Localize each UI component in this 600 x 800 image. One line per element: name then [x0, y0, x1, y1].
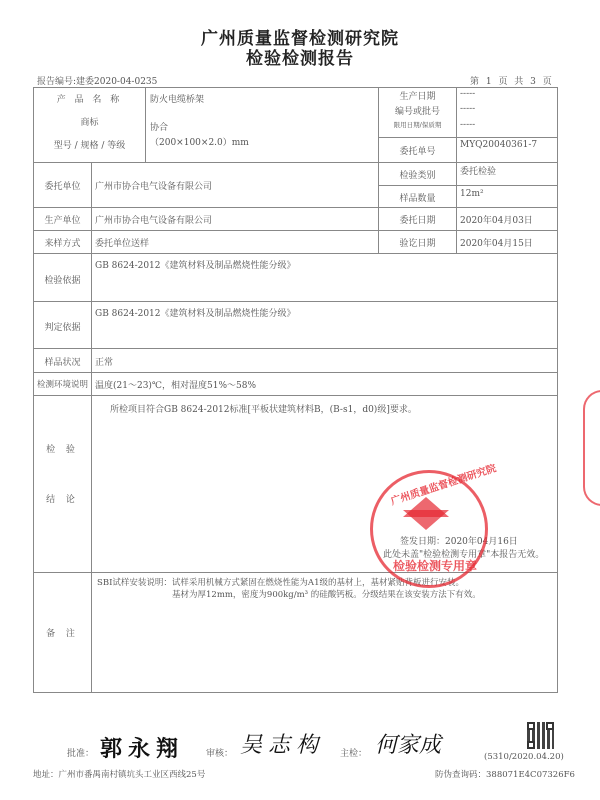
- client-label: 委托单位: [34, 179, 91, 192]
- sampling-method-value: 委托单位送样: [95, 236, 149, 249]
- report-number: 报告编号:建委2020-04-0235: [37, 74, 157, 87]
- conclusion-label-1: 检 验: [34, 442, 91, 455]
- environment-label: 检测环境说明: [34, 378, 91, 390]
- approve-label: 批准：: [67, 746, 94, 759]
- review-label: 审核：: [206, 746, 233, 759]
- conclusion-text: 所检项目符合GB 8624-2012标准[平板状建筑材料B，(B-s1，d0)级…: [110, 402, 417, 415]
- order-number-value: MYQ20040361-7: [460, 140, 537, 150]
- product-name-value: 防火电缆桥架: [150, 92, 204, 105]
- sample-quantity-value: 12m²: [460, 189, 484, 199]
- review-signature: 吴志构: [240, 728, 324, 759]
- inspection-type-label: 检验类别: [379, 168, 456, 181]
- model-label: 型号 / 规格 / 等级: [34, 138, 145, 151]
- test-basis-value: GB 8624-2012《建筑材料及制品燃烧性能分级》: [95, 258, 296, 271]
- order-date-label: 委托日期: [379, 213, 456, 226]
- completion-date-label: 验讫日期: [379, 236, 456, 249]
- judgment-basis-value: GB 8624-2012《建筑材料及制品燃烧性能分级》: [95, 306, 296, 319]
- order-number-label: 委托单号: [379, 144, 456, 157]
- client-value: 广州市协合电气设备有限公司: [95, 179, 212, 192]
- batch-number-value: -----: [460, 104, 475, 114]
- approve-signature: 郭永翔: [100, 732, 184, 763]
- address: 地址：广州市番禺南村镇坑头工业区西线25号: [33, 768, 205, 780]
- code-version: (5310/2020.04.20): [484, 752, 564, 762]
- inspector-signature: 何家成: [375, 728, 441, 759]
- sample-condition-label: 样品状况: [34, 355, 91, 368]
- report-title: 检验检测报告: [0, 44, 600, 69]
- producer-value: 广州市协合电气设备有限公司: [95, 213, 212, 226]
- order-date-value: 2020年04月03日: [460, 213, 533, 226]
- remarks-label: 备 注: [34, 626, 91, 639]
- production-date-label: 生产日期: [379, 89, 456, 102]
- page-info: 第 1 页 共 3 页: [470, 74, 554, 87]
- producer-label: 生产单位: [34, 213, 91, 226]
- sampling-method-label: 来样方式: [34, 236, 91, 249]
- inspection-type-value: 委托检验: [460, 164, 496, 177]
- qr-code[interactable]: [527, 722, 554, 749]
- production-date-value: -----: [460, 89, 475, 99]
- judgment-basis-label: 判定依据: [34, 320, 91, 333]
- expiry-label: 限用日期/保质期: [379, 120, 456, 129]
- remarks-line-2: 基材为厚12mm，密度为900kg/m³ 的硅酸钙板。分级结果在该安装方法下有效…: [172, 588, 481, 600]
- conclusion-label-2: 结 论: [34, 492, 91, 505]
- sample-quantity-label: 样品数量: [379, 191, 456, 204]
- brand-label: 商标: [34, 115, 145, 128]
- sample-condition-value: 正常: [95, 355, 113, 368]
- environment-value: 温度(21～23)℃，相对湿度51%～58%: [95, 378, 256, 391]
- completion-date-value: 2020年04月15日: [460, 236, 533, 249]
- test-basis-label: 检验依据: [34, 273, 91, 286]
- brand-value: 协合: [150, 120, 168, 133]
- batch-number-label: 编号或批号: [379, 104, 456, 117]
- product-name-label: 产 品 名 称: [34, 92, 145, 105]
- inspector-label: 主检：: [340, 746, 367, 759]
- anti-fake-code: 防伪查询码：388071E4C07326F6: [435, 768, 575, 780]
- expiry-value: -----: [460, 120, 475, 130]
- model-value: （200×100×2.0）mm: [150, 135, 249, 148]
- seal-inner-text: 检验检测专用章: [393, 557, 477, 574]
